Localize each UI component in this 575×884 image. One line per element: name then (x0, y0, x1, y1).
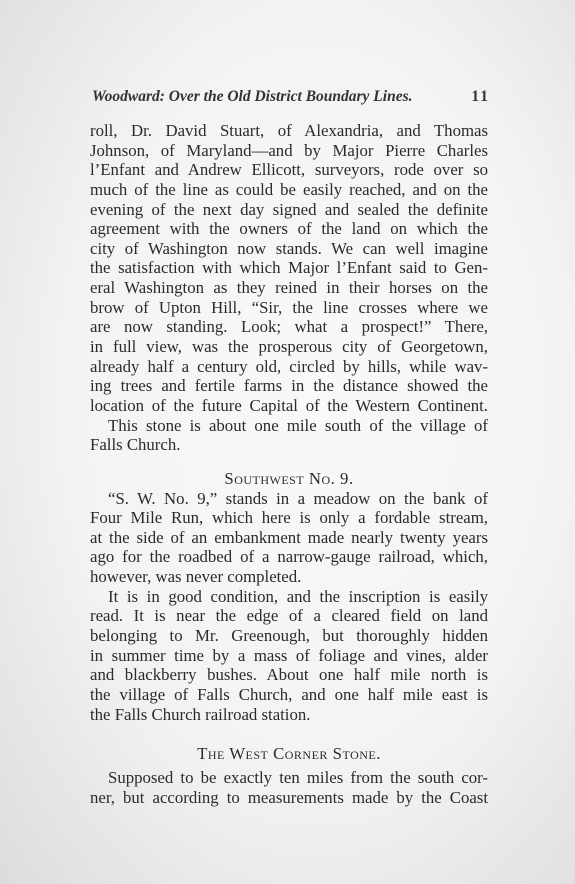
text-line: Four Mile Run, which here is only a ford… (90, 508, 488, 528)
text-line: evening of the next day signed and seale… (90, 200, 488, 220)
text-line: in summer time by a mass of foliage and … (90, 646, 488, 666)
paragraph-stone-location: This stone is about one mile south of th… (90, 416, 488, 455)
text-line: much of the line as could be easily reac… (90, 180, 488, 200)
text-line: l’Enfant and Andrew Ellicott, surveyors,… (90, 160, 488, 180)
text-line: Falls Church. (90, 435, 488, 455)
text-line: the village of Falls Church, and one hal… (90, 685, 488, 705)
text-line: roll, Dr. David Stuart, of Alexandria, a… (90, 121, 488, 141)
text-line: city of Washington now stands. We can we… (90, 239, 488, 259)
paragraph-sw9-description: “S. W. No. 9,” stands in a meadow on the… (90, 489, 488, 587)
text-line: ago for the roadbed of a narrow-gauge ra… (90, 547, 488, 567)
text-line: brow of Upton Hill, “Sir, the line cross… (90, 298, 488, 318)
paragraph-intro: roll, Dr. David Stuart, of Alexandria, a… (90, 121, 488, 416)
text-line: at the side of an embankment made nearly… (90, 528, 488, 548)
text-line: ing trees and fertile farms in the dista… (90, 376, 488, 396)
text-line: It is in good condition, and the inscrip… (90, 587, 488, 607)
text-line: already half a century old, circled by h… (90, 357, 488, 377)
text-line: ner, but according to measurements made … (90, 788, 488, 808)
text-line: in full view, was the prosperous city of… (90, 337, 488, 357)
paragraph-sw9-condition: It is in good condition, and the inscrip… (90, 587, 488, 724)
book-page: Woodward: Over the Old District Boundary… (0, 0, 575, 884)
text-line: “S. W. No. 9,” stands in a meadow on the… (90, 489, 488, 509)
text-line: read. It is near the edge of a cleared f… (90, 606, 488, 626)
text-line: agreement with the owners of the land on… (90, 219, 488, 239)
text-line: are now standing. Look; what a prospect!… (90, 317, 488, 337)
text-line: the Falls Church railroad station. (90, 705, 488, 725)
text-line: Supposed to be exactly ten miles from th… (90, 768, 488, 788)
text-line: Johnson, of Maryland—and by Major Pierre… (90, 141, 488, 161)
section-heading-southwest-9: Southwest No. 9. (90, 469, 488, 489)
page-body: roll, Dr. David Stuart, of Alexandria, a… (90, 121, 488, 807)
running-title: Woodward: Over the Old District Boundary… (92, 88, 413, 106)
text-line: the satisfaction with which Major l’Enfa… (90, 258, 488, 278)
section-heading-west-corner-stone: The West Corner Stone. (90, 744, 488, 764)
page-number: 11 (471, 88, 490, 106)
text-line: and blackberry bushes. About one half mi… (90, 665, 488, 685)
running-header: Woodward: Over the Old District Boundary… (92, 88, 490, 106)
text-line: eral Washington as they reined in their … (90, 278, 488, 298)
paragraph-west-corner: Supposed to be exactly ten miles from th… (90, 768, 488, 807)
text-line: however, was never completed. (90, 567, 488, 587)
text-line: This stone is about one mile south of th… (90, 416, 488, 436)
text-line: location of the future Capital of the We… (90, 396, 488, 416)
text-line: belonging to Mr. Greenough, but thorough… (90, 626, 488, 646)
